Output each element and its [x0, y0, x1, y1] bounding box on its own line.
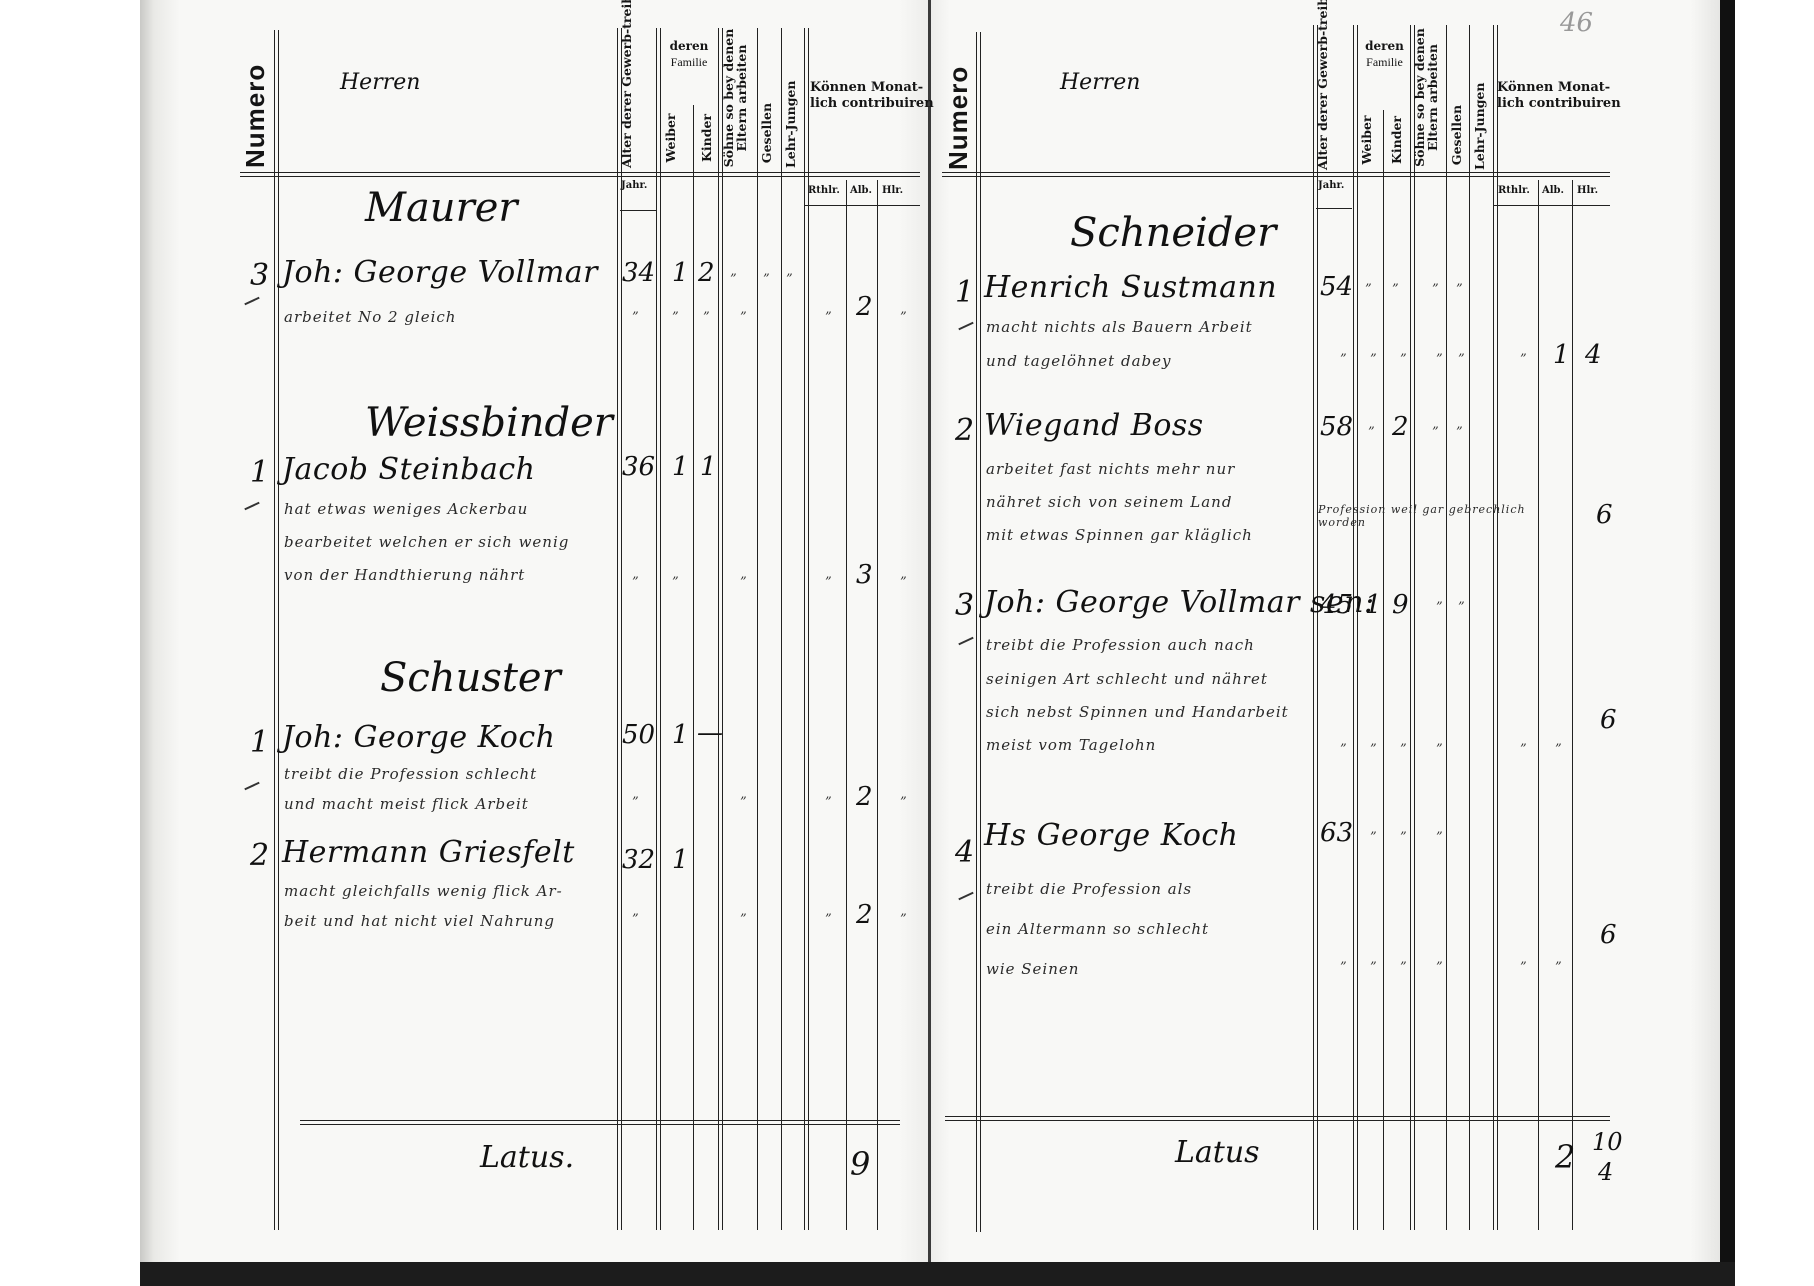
entry-note: seinigen Art schlecht und nähret — [986, 670, 1268, 688]
entry-note: hat etwas weniges Ackerbau — [284, 500, 528, 518]
cell-weiber: 1 — [672, 258, 689, 288]
cell-hlr: 6 — [1600, 705, 1617, 735]
ditto-mark: ” — [1520, 960, 1527, 975]
latus-alb: 9 — [850, 1145, 870, 1183]
entry-name: Jacob Steinbach — [282, 452, 536, 487]
margin-note: Profession weil gar gebrechlich worden — [1318, 503, 1573, 529]
cell-hlr: 6 — [1600, 920, 1617, 950]
trade-heading: Maurer — [365, 185, 517, 231]
cell-weiber: 1 — [672, 845, 689, 875]
entry-note: macht gleichfalls wenig flick Ar- — [284, 882, 563, 900]
book-gutter — [928, 0, 931, 1286]
unit-jahr: Jahr. — [1318, 180, 1344, 191]
cell-kinder: 1 — [700, 452, 717, 482]
cell-alb: 2 — [856, 782, 873, 812]
col-deren-header: deren — [660, 40, 718, 53]
ditto-mark: ” — [900, 575, 907, 590]
cell-jahr: 36 — [622, 452, 655, 482]
ditto-mark: ” — [632, 795, 639, 810]
ditto-mark: ” — [1400, 960, 1407, 975]
entry-note: und tagelöhnet dabey — [986, 352, 1171, 370]
ditto-mark: ” — [763, 272, 770, 287]
entry-note: arbeitet No 2 gleich — [284, 308, 456, 326]
unit-jahr: Jahr. — [621, 180, 647, 191]
trade-heading: Schneider — [1070, 210, 1276, 256]
ditto-mark: ” — [786, 272, 793, 287]
latus-alb: 2 — [1555, 1138, 1575, 1176]
entry-note: meist vom Tagelohn — [986, 736, 1156, 754]
entry-note: treibt die Profession auch nach — [986, 636, 1255, 654]
entry-note: treibt die Profession als — [986, 880, 1192, 898]
unit-rthlr: Rthlr. — [808, 185, 840, 196]
entry-note: bearbeitet welchen er sich wenig — [284, 533, 569, 551]
ditto-mark: ” — [900, 912, 907, 927]
ditto-mark: ” — [730, 272, 737, 287]
ditto-mark: ” — [825, 912, 832, 927]
col-lehr-header: Lehr-Jungen — [784, 88, 797, 168]
ditto-mark: ” — [740, 912, 747, 927]
latus-hlr-top: 10 — [1592, 1128, 1623, 1156]
cell-kinder: 2 — [1392, 412, 1409, 442]
unit-rthlr: Rthlr. — [1498, 185, 1530, 196]
entry-name: Hs George Koch — [984, 818, 1239, 853]
cell-weiber: 1 — [672, 720, 689, 750]
ditto-mark: ” — [1370, 352, 1377, 367]
cell-jahr: 58 — [1320, 412, 1353, 442]
entry-note: arbeitet fast nichts mehr nur — [986, 460, 1235, 478]
ditto-mark: ” — [1368, 425, 1375, 440]
col-alter-header: Alter derer Gewerb-treibenden — [620, 28, 633, 168]
col-deren-header: deren — [1357, 40, 1412, 53]
col-kinder-header: Kinder — [700, 108, 713, 168]
ditto-mark: ” — [740, 575, 747, 590]
entry-name: Wiegand Boss — [984, 408, 1204, 443]
ditto-mark: ” — [1400, 352, 1407, 367]
col-weiber-header: Weiber — [1360, 110, 1373, 170]
ditto-mark: ” — [1400, 830, 1407, 845]
cell-jahr: 50 — [622, 720, 655, 750]
entry-name: Joh: George Vollmar — [282, 255, 598, 290]
cell-weiber: 1 — [1365, 590, 1382, 620]
ditto-mark: ” — [825, 575, 832, 590]
col-weiber-header: Weiber — [664, 108, 677, 168]
ditto-mark: ” — [1436, 830, 1443, 845]
ditto-mark: ” — [1432, 425, 1439, 440]
entry-number: 1 — [250, 725, 269, 760]
ditto-mark: ” — [825, 795, 832, 810]
ditto-mark: ” — [632, 912, 639, 927]
entry-note: und macht meist flick Arbeit — [284, 795, 529, 813]
cell-kinder: — — [697, 718, 723, 748]
cell-kinder: 9 — [1392, 590, 1409, 620]
bottom-shadow — [140, 1262, 1735, 1286]
ditto-mark: ” — [1456, 425, 1463, 440]
ditto-mark: ” — [672, 310, 679, 325]
cell-alb: 2 — [856, 292, 873, 322]
numero-label: Numero — [240, 64, 271, 168]
ditto-mark: ” — [1432, 282, 1439, 297]
page-number: 46 — [1560, 8, 1593, 38]
cell-jahr: 34 — [622, 258, 655, 288]
ditto-mark: ” — [1456, 282, 1463, 297]
entry-note: ein Altermann so schlecht — [986, 920, 1209, 938]
ditto-mark: ” — [740, 795, 747, 810]
cell-alb: 3 — [856, 560, 873, 590]
entry-note: mit etwas Spinnen gar kläglich — [986, 526, 1253, 544]
latus-label: Latus. — [480, 1140, 574, 1175]
entry-number: 2 — [250, 838, 269, 873]
ditto-mark: ” — [900, 795, 907, 810]
col-koennen-header-1: Können Monat- — [1497, 80, 1610, 96]
col-familie-header: Familie — [1357, 56, 1412, 69]
ditto-mark: ” — [1400, 742, 1407, 757]
ditto-mark: ” — [1340, 960, 1347, 975]
latus-label: Latus — [1175, 1135, 1260, 1170]
ditto-mark: ” — [672, 575, 679, 590]
ditto-mark: ” — [1340, 352, 1347, 367]
ditto-mark: ” — [632, 575, 639, 590]
ditto-mark: ” — [1370, 830, 1377, 845]
entry-note: beit und hat nicht viel Nahrung — [284, 912, 555, 930]
latus-hlr-bottom: 4 — [1598, 1158, 1613, 1186]
unit-hlr: Hlr. — [1577, 185, 1598, 196]
unit-hlr: Hlr. — [882, 185, 903, 196]
col-koennen-header-2: lich contribuiren — [810, 96, 934, 112]
entry-number: 4 — [955, 835, 974, 870]
cell-jahr: 32 — [622, 845, 655, 875]
ditto-mark: ” — [1370, 960, 1377, 975]
entry-number: 3 — [250, 258, 269, 293]
entry-note: nähret sich von seinem Land — [986, 493, 1232, 511]
entry-number: 2 — [955, 413, 974, 448]
ditto-mark: ” — [1458, 352, 1465, 367]
numero-label: Numero — [943, 66, 974, 170]
entry-number: 1 — [250, 455, 269, 490]
unit-alb: Alb. — [850, 185, 872, 196]
entry-name: Henrich Sustmann — [984, 270, 1277, 305]
col-soehne-header: Söhne so bey denen Eltern arbeiten — [1413, 25, 1439, 170]
trade-heading: Weissbinder — [365, 400, 613, 446]
col-gesellen-header: Gesellen — [1450, 100, 1463, 170]
ditto-mark: ” — [1520, 742, 1527, 757]
herren-title: Herren — [340, 70, 420, 95]
trade-heading: Schuster — [380, 655, 561, 701]
ditto-mark: ” — [1555, 960, 1562, 975]
ditto-mark: ” — [1436, 742, 1443, 757]
cell-weiber: 1 — [672, 452, 689, 482]
ditto-mark: ” — [1436, 960, 1443, 975]
ditto-mark: ” — [1436, 600, 1443, 615]
col-koennen-header-1: Können Monat- — [810, 80, 923, 96]
entry-name: Joh: George Vollmar sen: — [984, 585, 1375, 620]
entry-note: treibt die Profession schlecht — [284, 765, 537, 783]
col-familie-header: Familie — [660, 56, 718, 69]
ditto-mark: ” — [1370, 742, 1377, 757]
herren-title: Herren — [1060, 70, 1140, 95]
entry-name: Hermann Griesfelt — [282, 835, 575, 870]
entry-note: macht nichts als Bauern Arbeit — [986, 318, 1253, 336]
cell-alb: 1 — [1553, 340, 1570, 370]
ditto-mark: ” — [1555, 742, 1562, 757]
entry-note: wie Seinen — [986, 960, 1079, 978]
ditto-mark: ” — [703, 310, 710, 325]
col-soehne-header: Söhne so bey denen Eltern arbeiten — [722, 28, 748, 168]
cell-hlr: 4 — [1585, 340, 1602, 370]
ditto-mark: ” — [825, 310, 832, 325]
entry-number: 3 — [955, 588, 974, 623]
cell-jahr: 63 — [1320, 818, 1353, 848]
col-lehr-header: Lehr-Jungen — [1473, 90, 1486, 170]
book-edge — [1720, 0, 1735, 1286]
ditto-mark: ” — [632, 310, 639, 325]
ditto-mark: ” — [1458, 600, 1465, 615]
cell-jahr: 54 — [1320, 272, 1353, 302]
ditto-mark: ” — [1520, 352, 1527, 367]
ditto-mark: ” — [1436, 352, 1443, 367]
cell-alb: 2 — [856, 900, 873, 930]
entry-number: 1 — [955, 275, 974, 310]
col-kinder-header: Kinder — [1390, 110, 1403, 170]
entry-note: von der Handthierung nährt — [284, 566, 525, 584]
entry-note: sich nebst Spinnen und Handarbeit — [986, 703, 1289, 721]
ditto-mark: ” — [900, 310, 907, 325]
cell-hlr: 6 — [1596, 500, 1613, 530]
ditto-mark: ” — [1340, 742, 1347, 757]
entry-name: Joh: George Koch — [282, 720, 555, 755]
ditto-mark: ” — [1365, 282, 1372, 297]
ditto-mark: ” — [740, 310, 747, 325]
cell-jahr: 45 — [1320, 590, 1353, 620]
col-koennen-header-2: lich contribuiren — [1497, 96, 1621, 112]
col-gesellen-header: Gesellen — [760, 98, 773, 168]
cell-kinder: 2 — [698, 258, 715, 288]
col-alter-header: Alter derer Gewerb-treibenden — [1316, 25, 1329, 170]
ditto-mark: ” — [1392, 282, 1399, 297]
unit-alb: Alb. — [1542, 185, 1564, 196]
